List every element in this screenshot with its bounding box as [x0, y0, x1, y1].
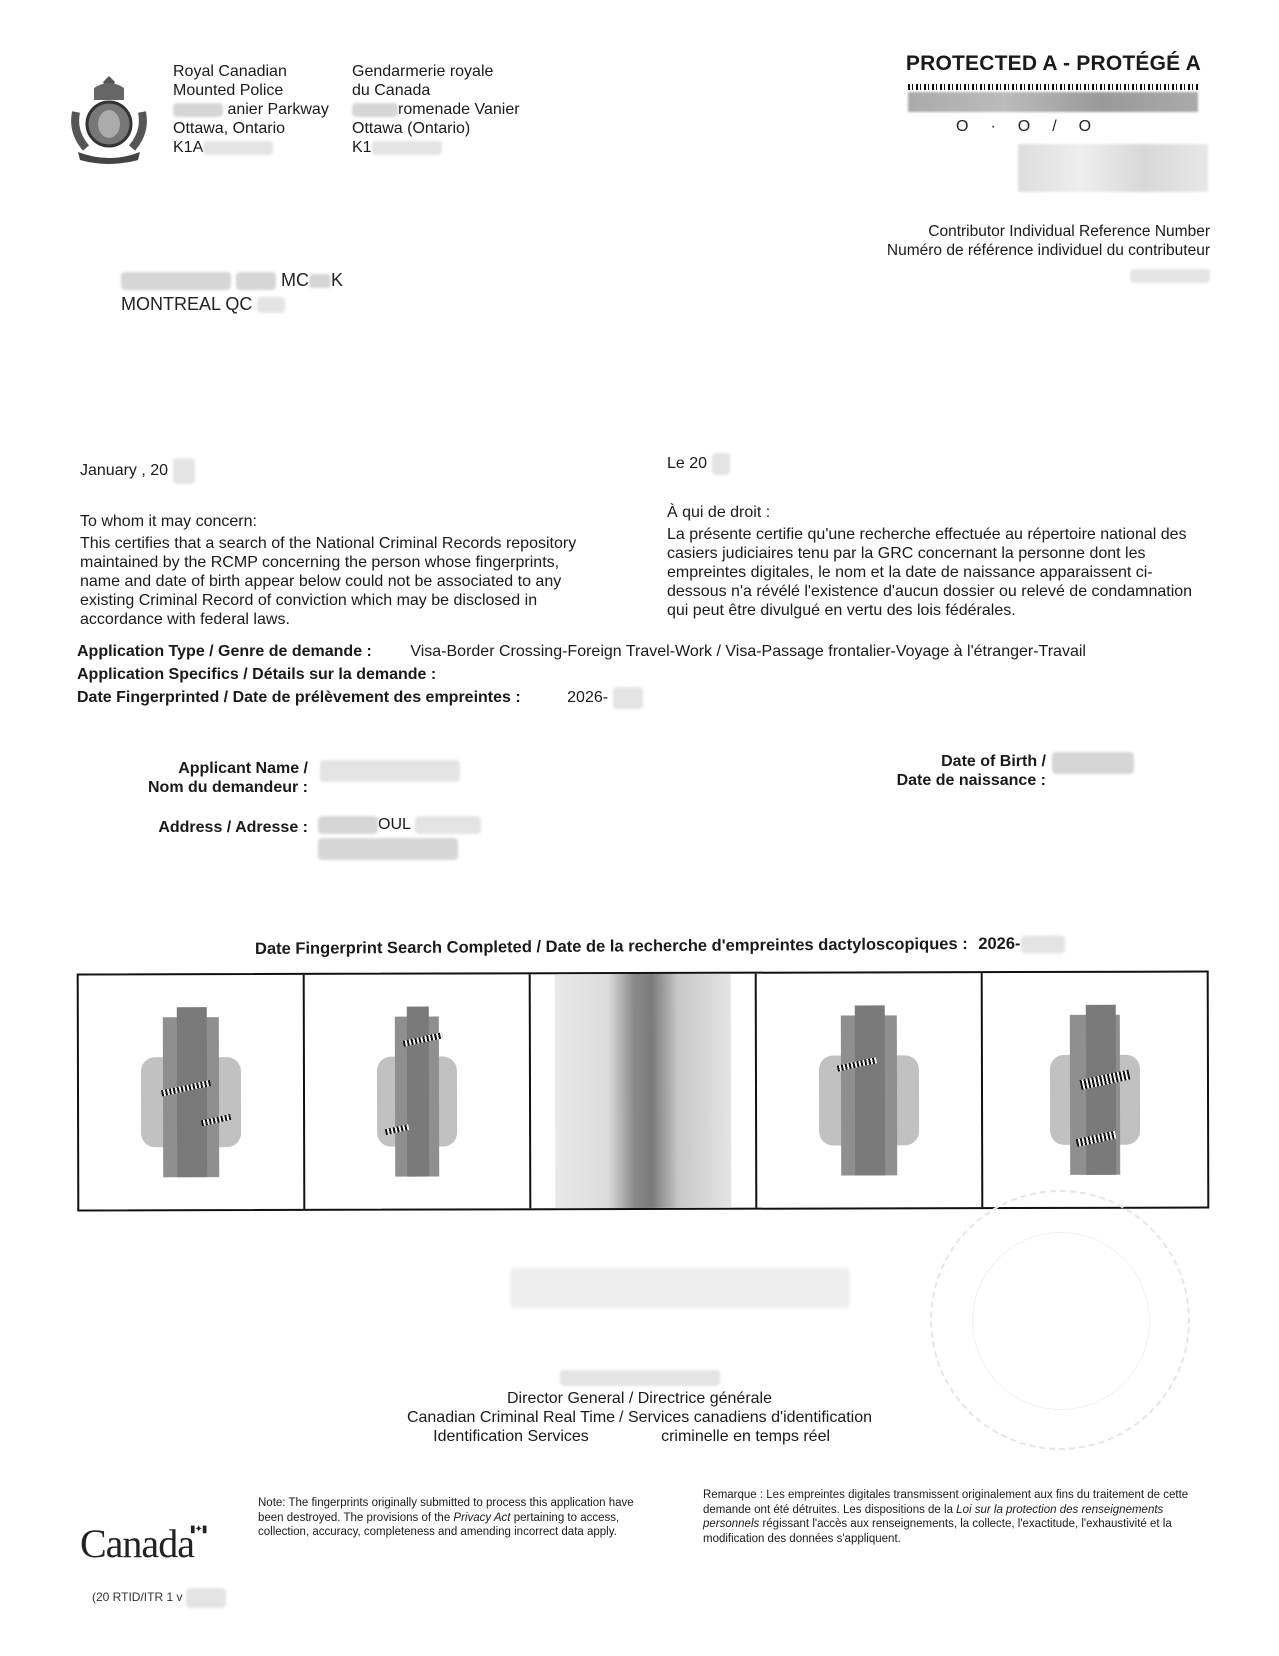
canada-wordmark: Canada▮✦▮ — [80, 1520, 206, 1567]
date-fingerprinted-value: 2026- — [567, 689, 608, 706]
rcmp-crest-icon — [70, 72, 148, 164]
search-completed-label: Date Fingerprint Search Completed / Date… — [255, 935, 968, 958]
fingerprint-redacted-icon — [141, 1007, 241, 1177]
contributor-ref-label-fr: Numéro de référence individuel du contri… — [887, 241, 1210, 260]
greeting-en: To whom it may concern: — [80, 512, 600, 531]
application-type-row: Application Type / Genre de demande : Vi… — [77, 640, 1086, 663]
postal-line: K1A — [173, 138, 329, 157]
applicant-name-redacted — [320, 760, 460, 782]
street-line: anier Parkway — [173, 100, 329, 119]
fingerprint-grid — [77, 971, 1210, 1212]
fingerprint-redacted-icon — [1050, 1005, 1140, 1175]
application-specifics-label: Application Specifics / Détails sur la d… — [77, 663, 1086, 686]
search-completed-row: Date Fingerprint Search Completed / Date… — [255, 934, 1065, 959]
postal-line: K1 — [352, 138, 520, 157]
certification-text-en: This certifies that a search of the Nati… — [80, 534, 600, 629]
org-name-line: Gendarmerie royale — [352, 62, 520, 81]
fingerprint-cell-1 — [79, 975, 306, 1210]
date-fingerprinted-row: Date Fingerprinted / Date de prélèvement… — [77, 686, 1086, 709]
signatory-block: Director General / Directrice générale C… — [0, 1368, 1279, 1446]
signatory-title: Director General / Directrice générale — [0, 1389, 1279, 1408]
application-type-label: Application Type / Genre de demande : — [77, 643, 372, 660]
rcmp-address-en: Royal Canadian Mounted Police anier Park… — [173, 62, 329, 157]
barcode-redacted: O·O/O — [908, 84, 1208, 202]
contributor-ref-label-en: Contributor Individual Reference Number — [887, 222, 1210, 241]
note-english: Note: The fingerprints originally submit… — [258, 1496, 648, 1540]
org-name-line: Royal Canadian — [173, 62, 329, 81]
date-of-birth-label: Date of Birth / Date de naissance : — [860, 752, 1046, 790]
recipient-line-1: MCK — [121, 268, 343, 292]
recipient-line-2: MONTREAL QC — [121, 292, 343, 316]
contributor-ref-value-redacted — [1130, 269, 1210, 283]
applicant-address-redacted: OUL — [318, 816, 481, 860]
city-line: Ottawa, Ontario — [173, 119, 329, 138]
letter-english: January , 20 To whom it may concern: Thi… — [80, 458, 600, 629]
rcmp-address-fr: Gendarmerie royale du Canada romenade Va… — [352, 62, 520, 157]
application-type-value: Visa-Border Crossing-Foreign Travel-Work… — [410, 643, 1086, 660]
canada-flag-icon: ▮✦▮ — [190, 1524, 206, 1535]
certification-text-fr: La présente certifie qu'une recherche ef… — [667, 525, 1197, 620]
city-line: Ottawa (Ontario) — [352, 119, 520, 138]
letter-date-fr: Le 20 — [667, 453, 1197, 475]
date-fingerprinted-label: Date Fingerprinted / Date de prélèvement… — [77, 689, 521, 706]
form-code: (20 RTID/ITR 1 v — [92, 1588, 226, 1608]
fingerprint-cell-4 — [757, 973, 984, 1208]
fingerprint-cell-thumb — [531, 974, 758, 1209]
fingerprint-redacted-icon — [819, 1005, 919, 1175]
letter-french: Le 20 À qui de droit : La présente certi… — [667, 453, 1197, 620]
application-details: Application Type / Genre de demande : Vi… — [77, 640, 1086, 709]
org-name-line: du Canada — [352, 81, 520, 100]
street-line: romenade Vanier — [352, 100, 520, 119]
recipient-address: MCK MONTREAL QC — [121, 268, 343, 316]
classification-label: PROTECTED A - PROTÉGÉ A — [906, 52, 1201, 76]
address-label: Address / Adresse : — [138, 819, 308, 837]
note-french: Remarque : Les empreintes digitales tran… — [703, 1488, 1203, 1546]
greeting-fr: À qui de droit : — [667, 503, 1197, 522]
signature-redacted — [510, 1268, 850, 1312]
org-name-line: Mounted Police — [173, 81, 329, 100]
letter-date-en: January , 20 — [80, 458, 600, 484]
signatory-department-en: Canadian Criminal Real Time Identificati… — [407, 1408, 615, 1446]
fingerprint-redacted-icon — [377, 1006, 457, 1176]
signatory-department-fr: / Services canadiens d'identification cr… — [619, 1408, 872, 1446]
fingerprint-cell-2 — [305, 974, 532, 1209]
search-completed-value: 2026- — [978, 935, 1020, 953]
applicant-name-label: Applicant Name / Nom du demandeur : — [138, 759, 308, 797]
signatory-name-redacted — [560, 1370, 720, 1386]
thumbprint-redacted-icon — [555, 974, 732, 1208]
contributor-reference: Contributor Individual Reference Number … — [887, 222, 1210, 285]
date-of-birth-redacted — [1052, 752, 1134, 774]
fingerprint-cell-5 — [983, 973, 1208, 1208]
